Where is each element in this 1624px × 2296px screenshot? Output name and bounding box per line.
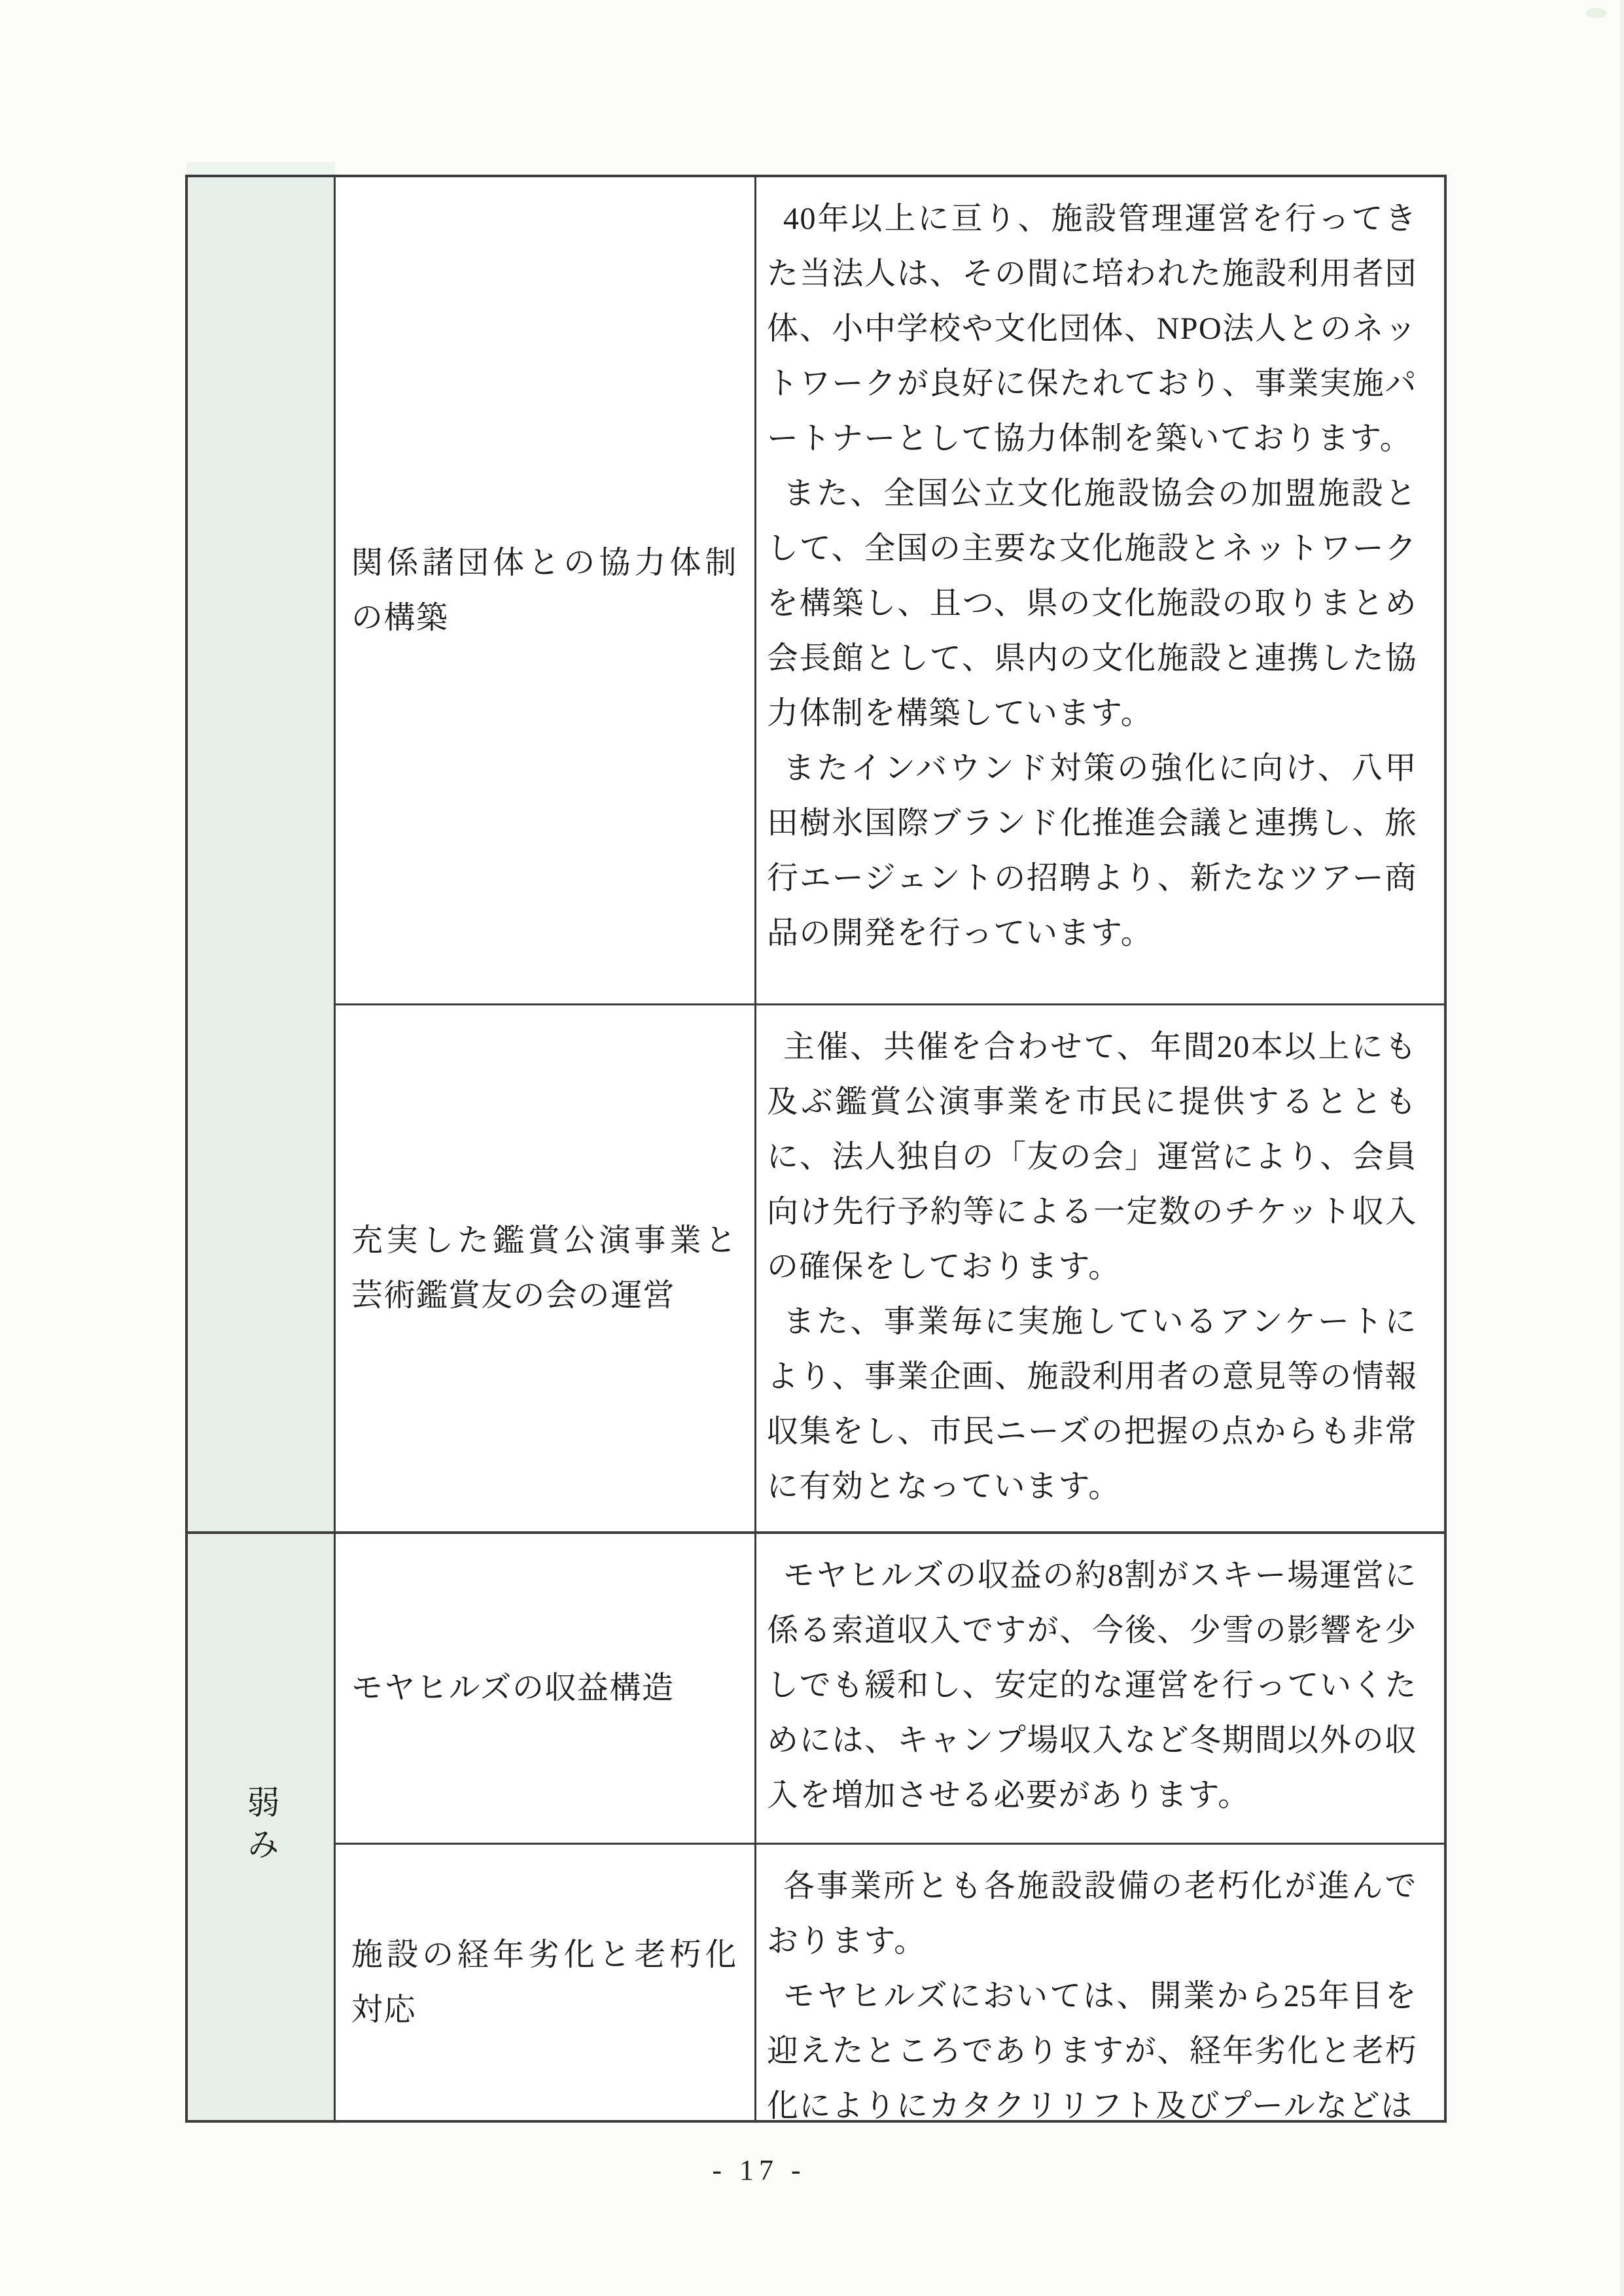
scan-artifact-speck bbox=[1586, 8, 1607, 18]
category-label-weaknesses: 弱み bbox=[245, 1785, 277, 1869]
row-body-cell: 40年以上に亘り、施設管理運営を行ってきた当法人は、その間に培われた施設利用者団… bbox=[756, 177, 1444, 1003]
table-row-revenue-structure: モヤヒルズの収益構造 モヤヒルズの収益の約8割がスキー場運営に係る索道収入ですが… bbox=[336, 1534, 1444, 1843]
scan-artifact-edge-shade bbox=[1620, 0, 1624, 2296]
swot-table: 関係諸団体との協力体制の構築 40年以上に亘り、施設管理運営を行ってきた当法人は… bbox=[185, 175, 1447, 2123]
weaknesses-rows: モヤヒルズの収益構造 モヤヒルズの収益の約8割がスキー場運営に係る索道収入ですが… bbox=[336, 1534, 1444, 2120]
body-paragraph: 40年以上に亘り、施設管理運営を行ってきた当法人は、その間に培われた施設利用者団… bbox=[767, 192, 1417, 466]
body-paragraph: モヤヒルズにおいては、開業から25年目を迎えたところでありますが、経年劣化と老朽… bbox=[767, 1969, 1417, 2120]
row-label-cell: モヤヒルズの収益構造 bbox=[336, 1534, 756, 1843]
category-cell-weaknesses: 弱み bbox=[188, 1534, 336, 2120]
row-label: モヤヒルズの収益構造 bbox=[351, 1661, 737, 1716]
body-paragraph: 主催、共催を合わせて、年間20本以上にも及ぶ鑑賞公演事業を市民に提供するとともに… bbox=[767, 1020, 1417, 1295]
table-section-strengths: 関係諸団体との協力体制の構築 40年以上に亘り、施設管理運営を行ってきた当法人は… bbox=[188, 177, 1444, 1531]
row-label-cell: 充実した鑑賞公演事業と芸術鑑賞友の会の運営 bbox=[336, 1005, 756, 1531]
row-body-cell: 主催、共催を合わせて、年間20本以上にも及ぶ鑑賞公演事業を市民に提供するとともに… bbox=[756, 1005, 1444, 1531]
table-section-weaknesses: 弱み モヤヒルズの収益構造 モヤヒルズの収益の約8割がスキー場運営に係る索道収入… bbox=[188, 1531, 1444, 2120]
body-paragraph: また、全国公立文化施設協会の加盟施設として、全国の主要な文化施設とネットワークを… bbox=[767, 466, 1417, 741]
document-page: 関係諸団体との協力体制の構築 40年以上に亘り、施設管理運営を行ってきた当法人は… bbox=[0, 0, 1624, 2296]
table-row-partnership: 関係諸団体との協力体制の構築 40年以上に亘り、施設管理運営を行ってきた当法人は… bbox=[336, 177, 1444, 1003]
page-number: - 17 - bbox=[0, 2153, 1518, 2187]
body-paragraph: またインバウンド対策の強化に向け、八甲田樹氷国際ブランド化推進会議と連携し、旅行… bbox=[767, 741, 1417, 961]
row-body-cell: 各事業所とも各施設設備の老朽化が進んでおります。 モヤヒルズにおいては、開業から… bbox=[756, 1845, 1444, 2120]
row-label-cell: 施設の経年劣化と老朽化対応 bbox=[336, 1845, 756, 2120]
strengths-rows: 関係諸団体との協力体制の構築 40年以上に亘り、施設管理運営を行ってきた当法人は… bbox=[336, 177, 1444, 1531]
table-row-performance-programs: 充実した鑑賞公演事業と芸術鑑賞友の会の運営 主催、共催を合わせて、年間20本以上… bbox=[336, 1003, 1444, 1531]
body-paragraph: モヤヒルズの収益の約8割がスキー場運営に係る索道収入ですが、今後、少雪の影響を少… bbox=[767, 1548, 1417, 1823]
row-label: 施設の経年劣化と老朽化対応 bbox=[351, 1928, 737, 2038]
row-label-cell: 関係諸団体との協力体制の構築 bbox=[336, 177, 756, 1003]
body-paragraph: 各事業所とも各施設設備の老朽化が進んでおります。 bbox=[767, 1859, 1417, 1969]
table-row-facility-aging: 施設の経年劣化と老朽化対応 各事業所とも各施設設備の老朽化が進んでおります。 モ… bbox=[336, 1843, 1444, 2120]
category-cell-strengths bbox=[188, 177, 336, 1531]
row-label: 関係諸団体との協力体制の構築 bbox=[351, 536, 737, 646]
body-paragraph: また、事業毎に実施しているアンケートにより、事業企画、施設利用者の意見等の情報収… bbox=[767, 1295, 1417, 1514]
row-label: 充実した鑑賞公演事業と芸術鑑賞友の会の運営 bbox=[351, 1213, 737, 1323]
row-body-cell: モヤヒルズの収益の約8割がスキー場運営に係る索道収入ですが、今後、少雪の影響を少… bbox=[756, 1534, 1444, 1843]
scan-artifact-green-bleed bbox=[186, 162, 335, 175]
